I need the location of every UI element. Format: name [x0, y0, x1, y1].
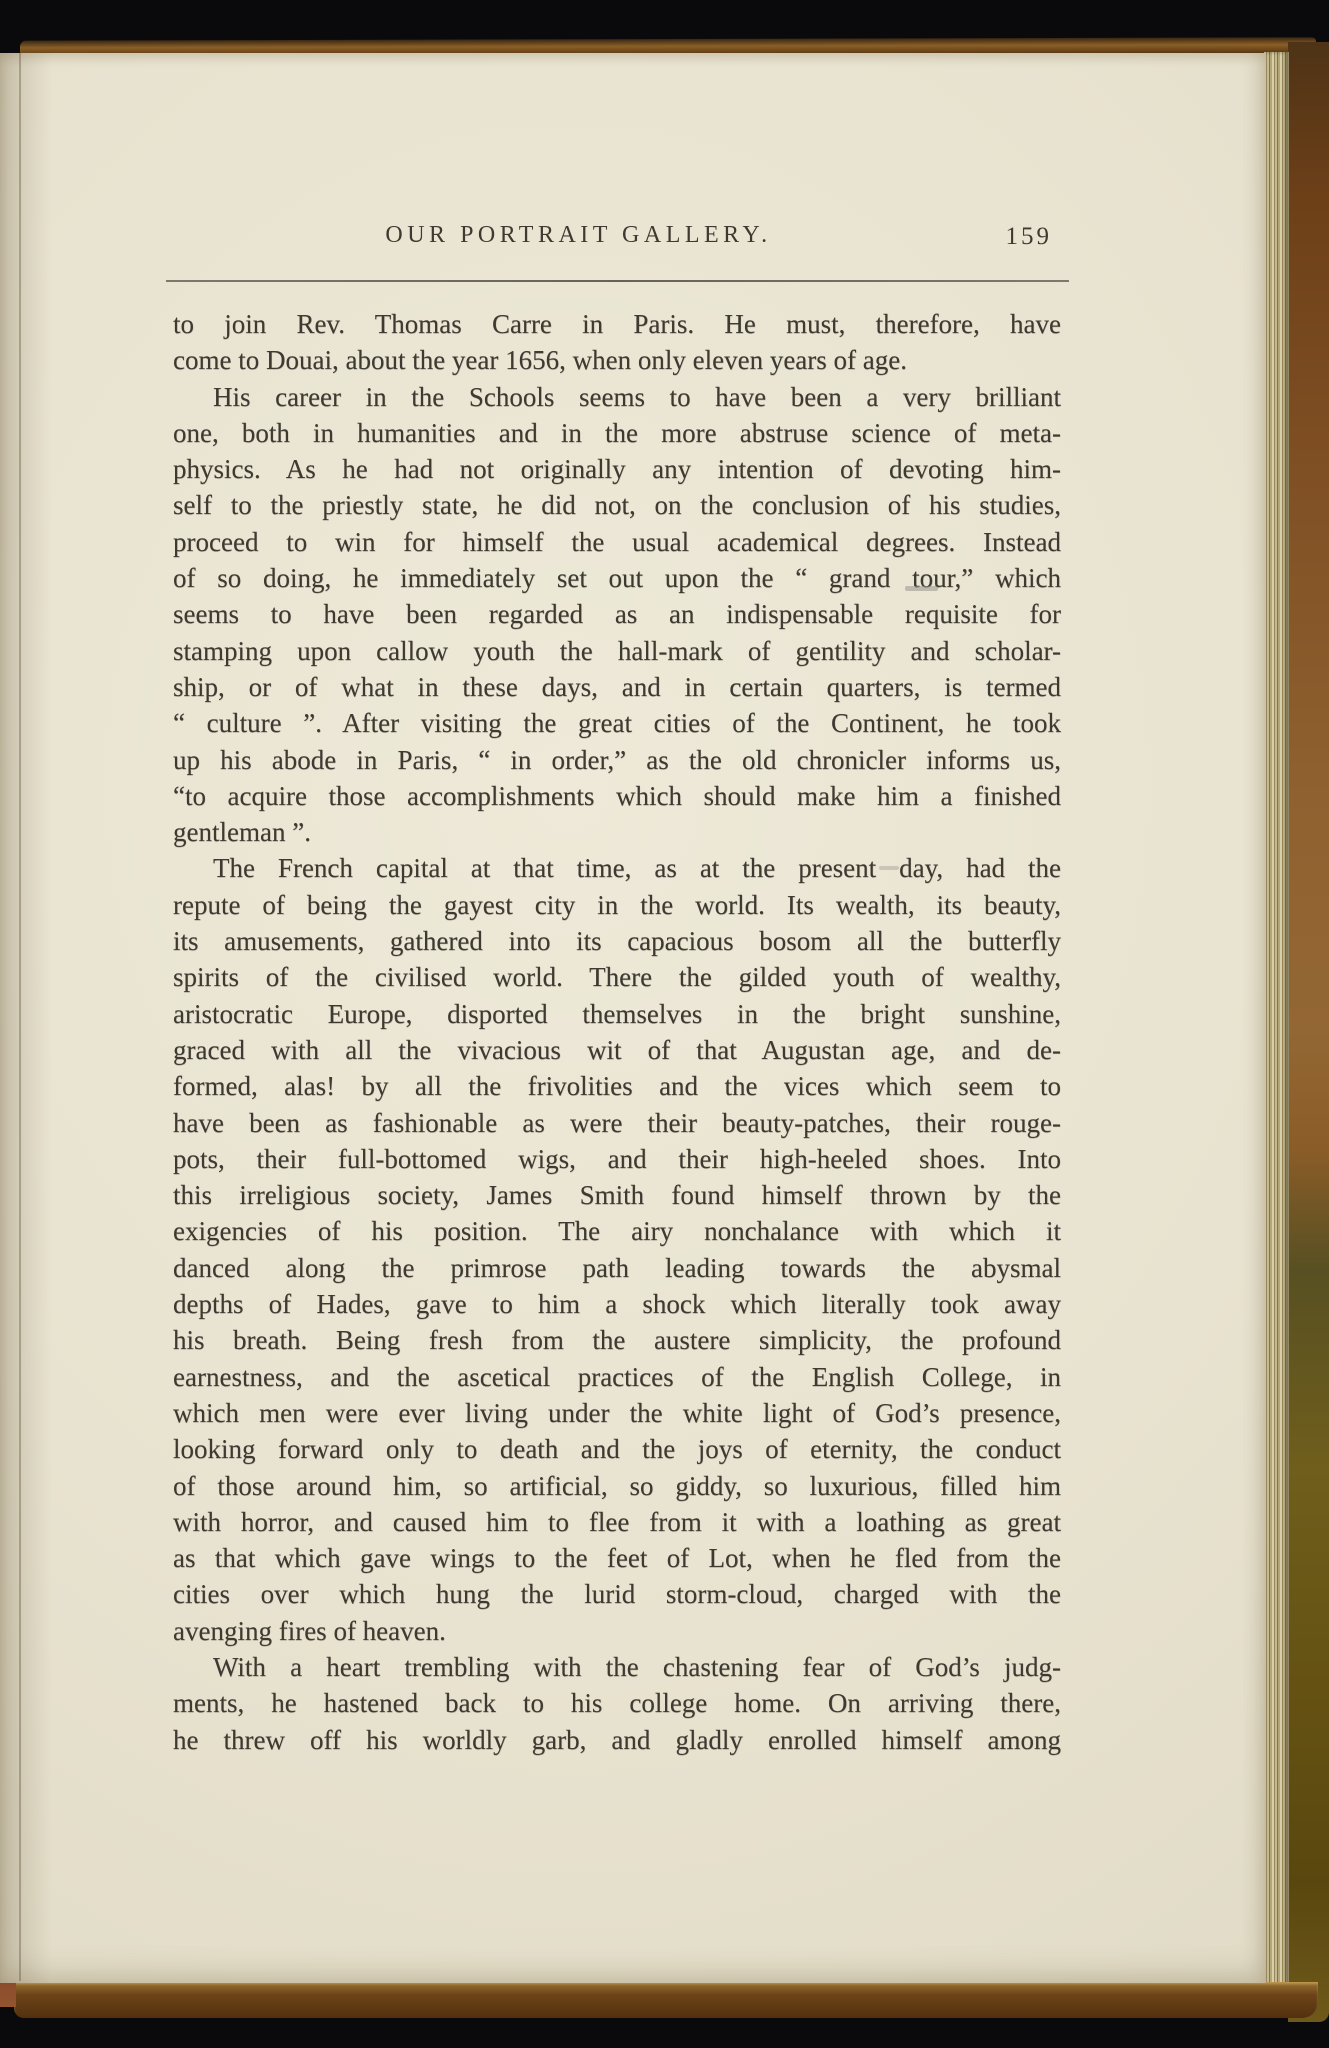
text-line: gentleman ”. — [173, 814, 1061, 850]
text-line: with horror, and caused him to flee from… — [173, 1504, 1061, 1540]
paragraph: With a heart trembling with the chasteni… — [173, 1649, 1061, 1758]
page-edges-stack — [1264, 52, 1289, 1990]
text-line: With a heart trembling with the chasteni… — [173, 1649, 1061, 1685]
paragraph: The French capital at that time, as at t… — [173, 850, 1061, 1649]
margin-smudge — [879, 866, 899, 870]
text-line: physics. As he had not originally any in… — [173, 451, 1061, 487]
page-number: 159 — [1006, 223, 1053, 251]
text-line: spirits of the civilised world. There th… — [173, 959, 1061, 995]
page-body: to join Rev. Thomas Carre in Paris. He m… — [173, 306, 1061, 1758]
scanned-book-photo: OUR PORTRAIT GALLERY. 159 to join Rev. T… — [0, 0, 1329, 2048]
text-line: graced with all the vivacious wit of tha… — [173, 1032, 1061, 1068]
text-line: to join Rev. Thomas Carre in Paris. He m… — [173, 306, 1061, 342]
text-line: cities over which hung the lurid storm-c… — [173, 1576, 1061, 1612]
text-line: as that which gave wings to the feet of … — [173, 1540, 1061, 1576]
text-line: formed, alas! by all the frivolities and… — [173, 1068, 1061, 1104]
page-header: OUR PORTRAIT GALLERY. 159 — [173, 222, 1060, 260]
text-line: earnestness, and the ascetical practices… — [173, 1359, 1061, 1395]
text-line: he threw off his worldly garb, and gladl… — [173, 1722, 1061, 1758]
paragraph: to join Rev. Thomas Carre in Paris. He m… — [173, 306, 1061, 379]
text-line: which men were ever living under the whi… — [173, 1395, 1061, 1431]
text-line: depths of Hades, gave to him a shock whi… — [173, 1286, 1061, 1322]
text-line: repute of being the gayest city in the w… — [173, 887, 1061, 923]
text-line: ments, he hastened back to his college h… — [173, 1685, 1061, 1721]
text-line: proceed to win for himself the usual aca… — [173, 524, 1061, 560]
text-line: “ culture ”. After visiting the great ci… — [173, 705, 1061, 741]
text-line: aristocratic Europe, disported themselve… — [173, 996, 1061, 1032]
header-rule — [166, 280, 1069, 282]
text-line: His career in the Schools seems to have … — [173, 379, 1061, 415]
text-line: of those around him, so artificial, so g… — [173, 1468, 1061, 1504]
text-line: avenging fires of heaven. — [173, 1613, 1061, 1649]
text-line: its amusements, gathered into its capaci… — [173, 923, 1061, 959]
text-line: The French capital at that time, as at t… — [173, 850, 1061, 886]
book-cover-right — [1288, 42, 1329, 2022]
text-line: looking forward only to death and the jo… — [173, 1431, 1061, 1467]
text-line: up his abode in Paris, “ in order,” as t… — [173, 742, 1061, 778]
text-line: exigencies of his position. The airy non… — [173, 1213, 1061, 1249]
running-title: OUR PORTRAIT GALLERY. — [135, 222, 1022, 249]
text-line: this irreligious society, James Smith fo… — [173, 1177, 1061, 1213]
text-line: have been as fashionable as were their b… — [173, 1105, 1061, 1141]
book-cover-bottom-edge — [14, 1982, 1318, 2018]
text-line: his breath. Being fresh from the austere… — [173, 1322, 1061, 1358]
text-line: pots, their full-bottomed wigs, and thei… — [173, 1141, 1061, 1177]
paragraph: His career in the Schools seems to have … — [173, 379, 1061, 851]
gutter-crease — [19, 53, 21, 1981]
text-line: stamping upon callow youth the hall-mark… — [173, 633, 1061, 669]
text-line: one, both in humanities and in the more … — [173, 415, 1061, 451]
text-line: seems to have been regarded as an indisp… — [173, 596, 1061, 632]
text-line: “to acquire those accomplishments which … — [173, 778, 1061, 814]
text-line: come to Douai, about the year 1656, when… — [173, 342, 1061, 378]
text-line: self to the priestly state, he did not, … — [173, 487, 1061, 523]
text-line: ship, or of what in these days, and in c… — [173, 669, 1061, 705]
text-line: danced along the primrose path leading t… — [173, 1250, 1061, 1286]
margin-smudge — [905, 586, 938, 591]
